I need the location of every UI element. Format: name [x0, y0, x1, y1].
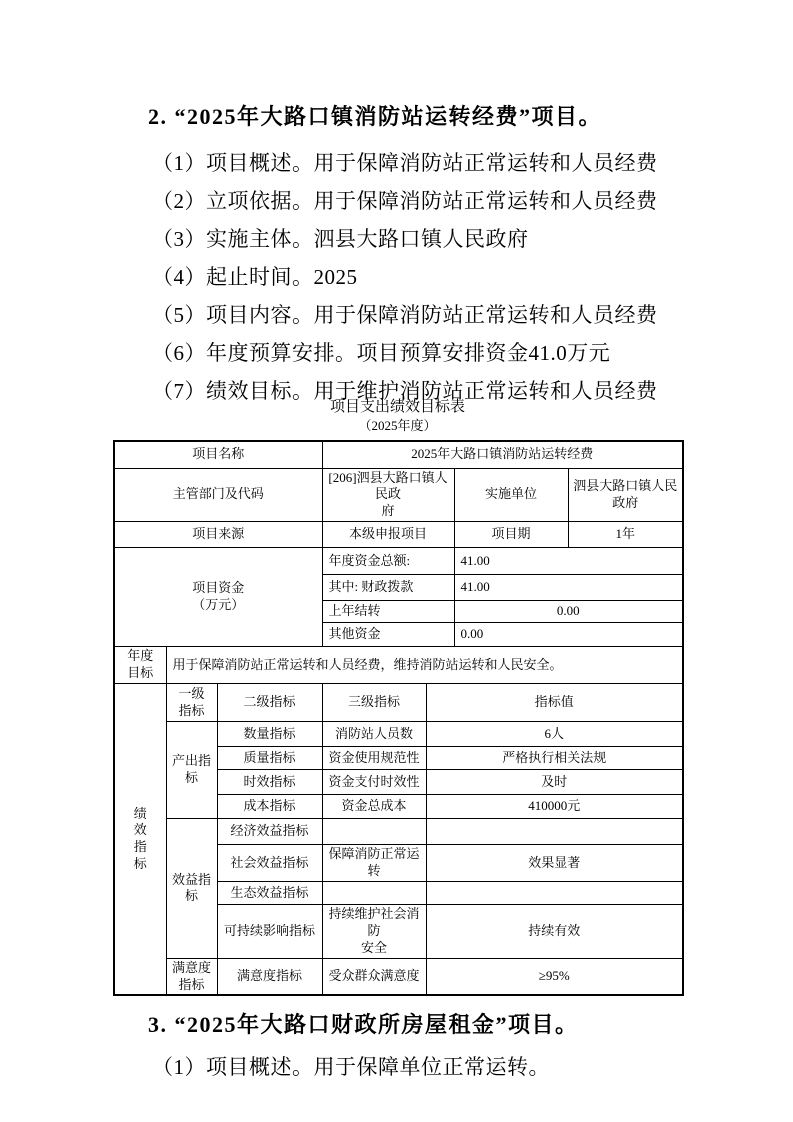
section-2-heading: 2. “2025年大路口镇消防站运转经费”项目。: [113, 104, 682, 130]
source-value: 本级申报项目: [322, 522, 454, 548]
project-name-label: 项目名称: [114, 441, 322, 468]
source-label: 项目来源: [114, 522, 322, 548]
funding-total-value: 41.00: [454, 548, 683, 575]
impl-unit-label: 实施单位: [454, 468, 568, 522]
row-funding-total: 项目资金 （万元） 年度资金总额: 41.00: [114, 548, 683, 575]
level3-header: 三级指标: [322, 684, 426, 722]
impl-unit-value: 泗县大路口镇人民 政府: [568, 468, 683, 522]
indicator-l2: 数量指标: [217, 722, 322, 747]
section-2-item-3: （3）实施主体。泗县大路口镇人民政府: [113, 220, 682, 258]
indicator-l3: 资金使用规范性: [322, 747, 426, 770]
indicator-l2: 生态效益指标: [217, 881, 322, 904]
section-2-item-6: （6）年度预算安排。项目预算安排资金41.0万元: [113, 334, 682, 372]
row-annual-goal: 年度 目标 用于保障消防站正常运转和人员经费，维持消防站运转和人民安全。: [114, 647, 683, 684]
project-name-value: 2025年大路口镇消防站运转经费: [322, 441, 683, 468]
funding-fiscal-label: 其中: 财政拨款: [322, 575, 454, 601]
document-page: 2. “2025年大路口镇消防站运转经费”项目。 （1）项目概述。用于保障消防站…: [0, 0, 793, 1122]
indicator-value: [426, 819, 683, 845]
indicator-l3: 资金总成本: [322, 795, 426, 819]
department-value: [206]泗县大路口镇人民政 府: [322, 468, 454, 522]
indicator-value: 持续有效: [426, 904, 683, 958]
indicator-l2: 经济效益指标: [217, 819, 322, 845]
period-label: 项目期: [454, 522, 568, 548]
performance-side-label: 绩 效 指 标: [114, 684, 166, 996]
period-value: 1年: [568, 522, 683, 548]
row-source: 项目来源 本级申报项目 项目期 1年: [114, 522, 683, 548]
section-2-item-4: （4）起止时间。2025: [113, 258, 682, 296]
indicator-value: 及时: [426, 770, 683, 795]
indicator-l3: 消防站人员数: [322, 722, 426, 747]
funding-other-label: 其他资金: [322, 623, 454, 647]
row-indicator: 产出指 标 数量指标 消防站人员数 6人: [114, 722, 683, 747]
satisfaction-group-label: 满意度 指标: [166, 958, 217, 995]
indicator-l3: 持续维护社会消防 安全: [322, 904, 426, 958]
output-group-label: 产出指 标: [166, 722, 217, 819]
row-project-name: 项目名称 2025年大路口镇消防站运转经费: [114, 441, 683, 468]
level1-header: 一级 指标: [166, 684, 217, 722]
funding-label: 项目资金 （万元）: [114, 548, 322, 647]
indicator-l2: 社会效益指标: [217, 845, 322, 882]
indicator-l3: [322, 881, 426, 904]
annual-goal-text: 用于保障消防站正常运转和人员经费，维持消防站运转和人民安全。: [166, 647, 683, 684]
section-2-item-2: （2）立项依据。用于保障消防站正常运转和人员经费: [113, 182, 682, 220]
funding-carryover-value: 0.00: [454, 601, 683, 623]
indicator-l2: 时效指标: [217, 770, 322, 795]
indicator-value: ≥95%: [426, 958, 683, 995]
section-2-item-1: （1）项目概述。用于保障消防站正常运转和人员经费: [113, 144, 682, 182]
section-3-heading: 3. “2025年大路口财政所房屋租金”项目。: [113, 1012, 682, 1038]
indicator-value: [426, 881, 683, 904]
indicator-value: 6人: [426, 722, 683, 747]
funding-other-value: 0.00: [454, 623, 683, 647]
section-2-item-5: （5）项目内容。用于保障消防站正常运转和人员经费: [113, 296, 682, 334]
benefit-group-label: 效益指 标: [166, 819, 217, 958]
annual-goal-label: 年度 目标: [114, 647, 166, 684]
level2-header: 二级指标: [217, 684, 322, 722]
indicator-l3: 资金支付时效性: [322, 770, 426, 795]
department-label: 主管部门及代码: [114, 468, 322, 522]
row-department: 主管部门及代码 [206]泗县大路口镇人民政 府 实施单位 泗县大路口镇人民 政…: [114, 468, 683, 522]
row-indicator-header: 绩 效 指 标 一级 指标 二级指标 三级指标 指标值: [114, 684, 683, 722]
indicator-l3: 受众群众满意度: [322, 958, 426, 995]
indicator-value: 效果显著: [426, 845, 683, 882]
indicator-l3: 保障消防正常运转: [322, 845, 426, 882]
funding-fiscal-value: 41.00: [454, 575, 683, 601]
value-header: 指标值: [426, 684, 683, 722]
indicator-l3: [322, 819, 426, 845]
performance-target-table: 项目名称 2025年大路口镇消防站运转经费 主管部门及代码 [206]泗县大路口…: [113, 440, 684, 996]
indicator-value: 410000元: [426, 795, 683, 819]
section-3-item-1: （1）项目概述。用于保障单位正常运转。: [113, 1048, 682, 1086]
table-subtitle: （2025年度）: [113, 418, 682, 434]
indicator-l2: 满意度指标: [217, 958, 322, 995]
indicator-l2: 可持续影响指标: [217, 904, 322, 958]
row-indicator: 效益指 标 经济效益指标: [114, 819, 683, 845]
indicator-l2: 质量指标: [217, 747, 322, 770]
indicator-l2: 成本指标: [217, 795, 322, 819]
row-indicator: 满意度 指标 满意度指标 受众群众满意度 ≥95%: [114, 958, 683, 995]
funding-total-label: 年度资金总额:: [322, 548, 454, 575]
funding-carryover-label: 上年结转: [322, 601, 454, 623]
indicator-value: 严格执行相关法规: [426, 747, 683, 770]
